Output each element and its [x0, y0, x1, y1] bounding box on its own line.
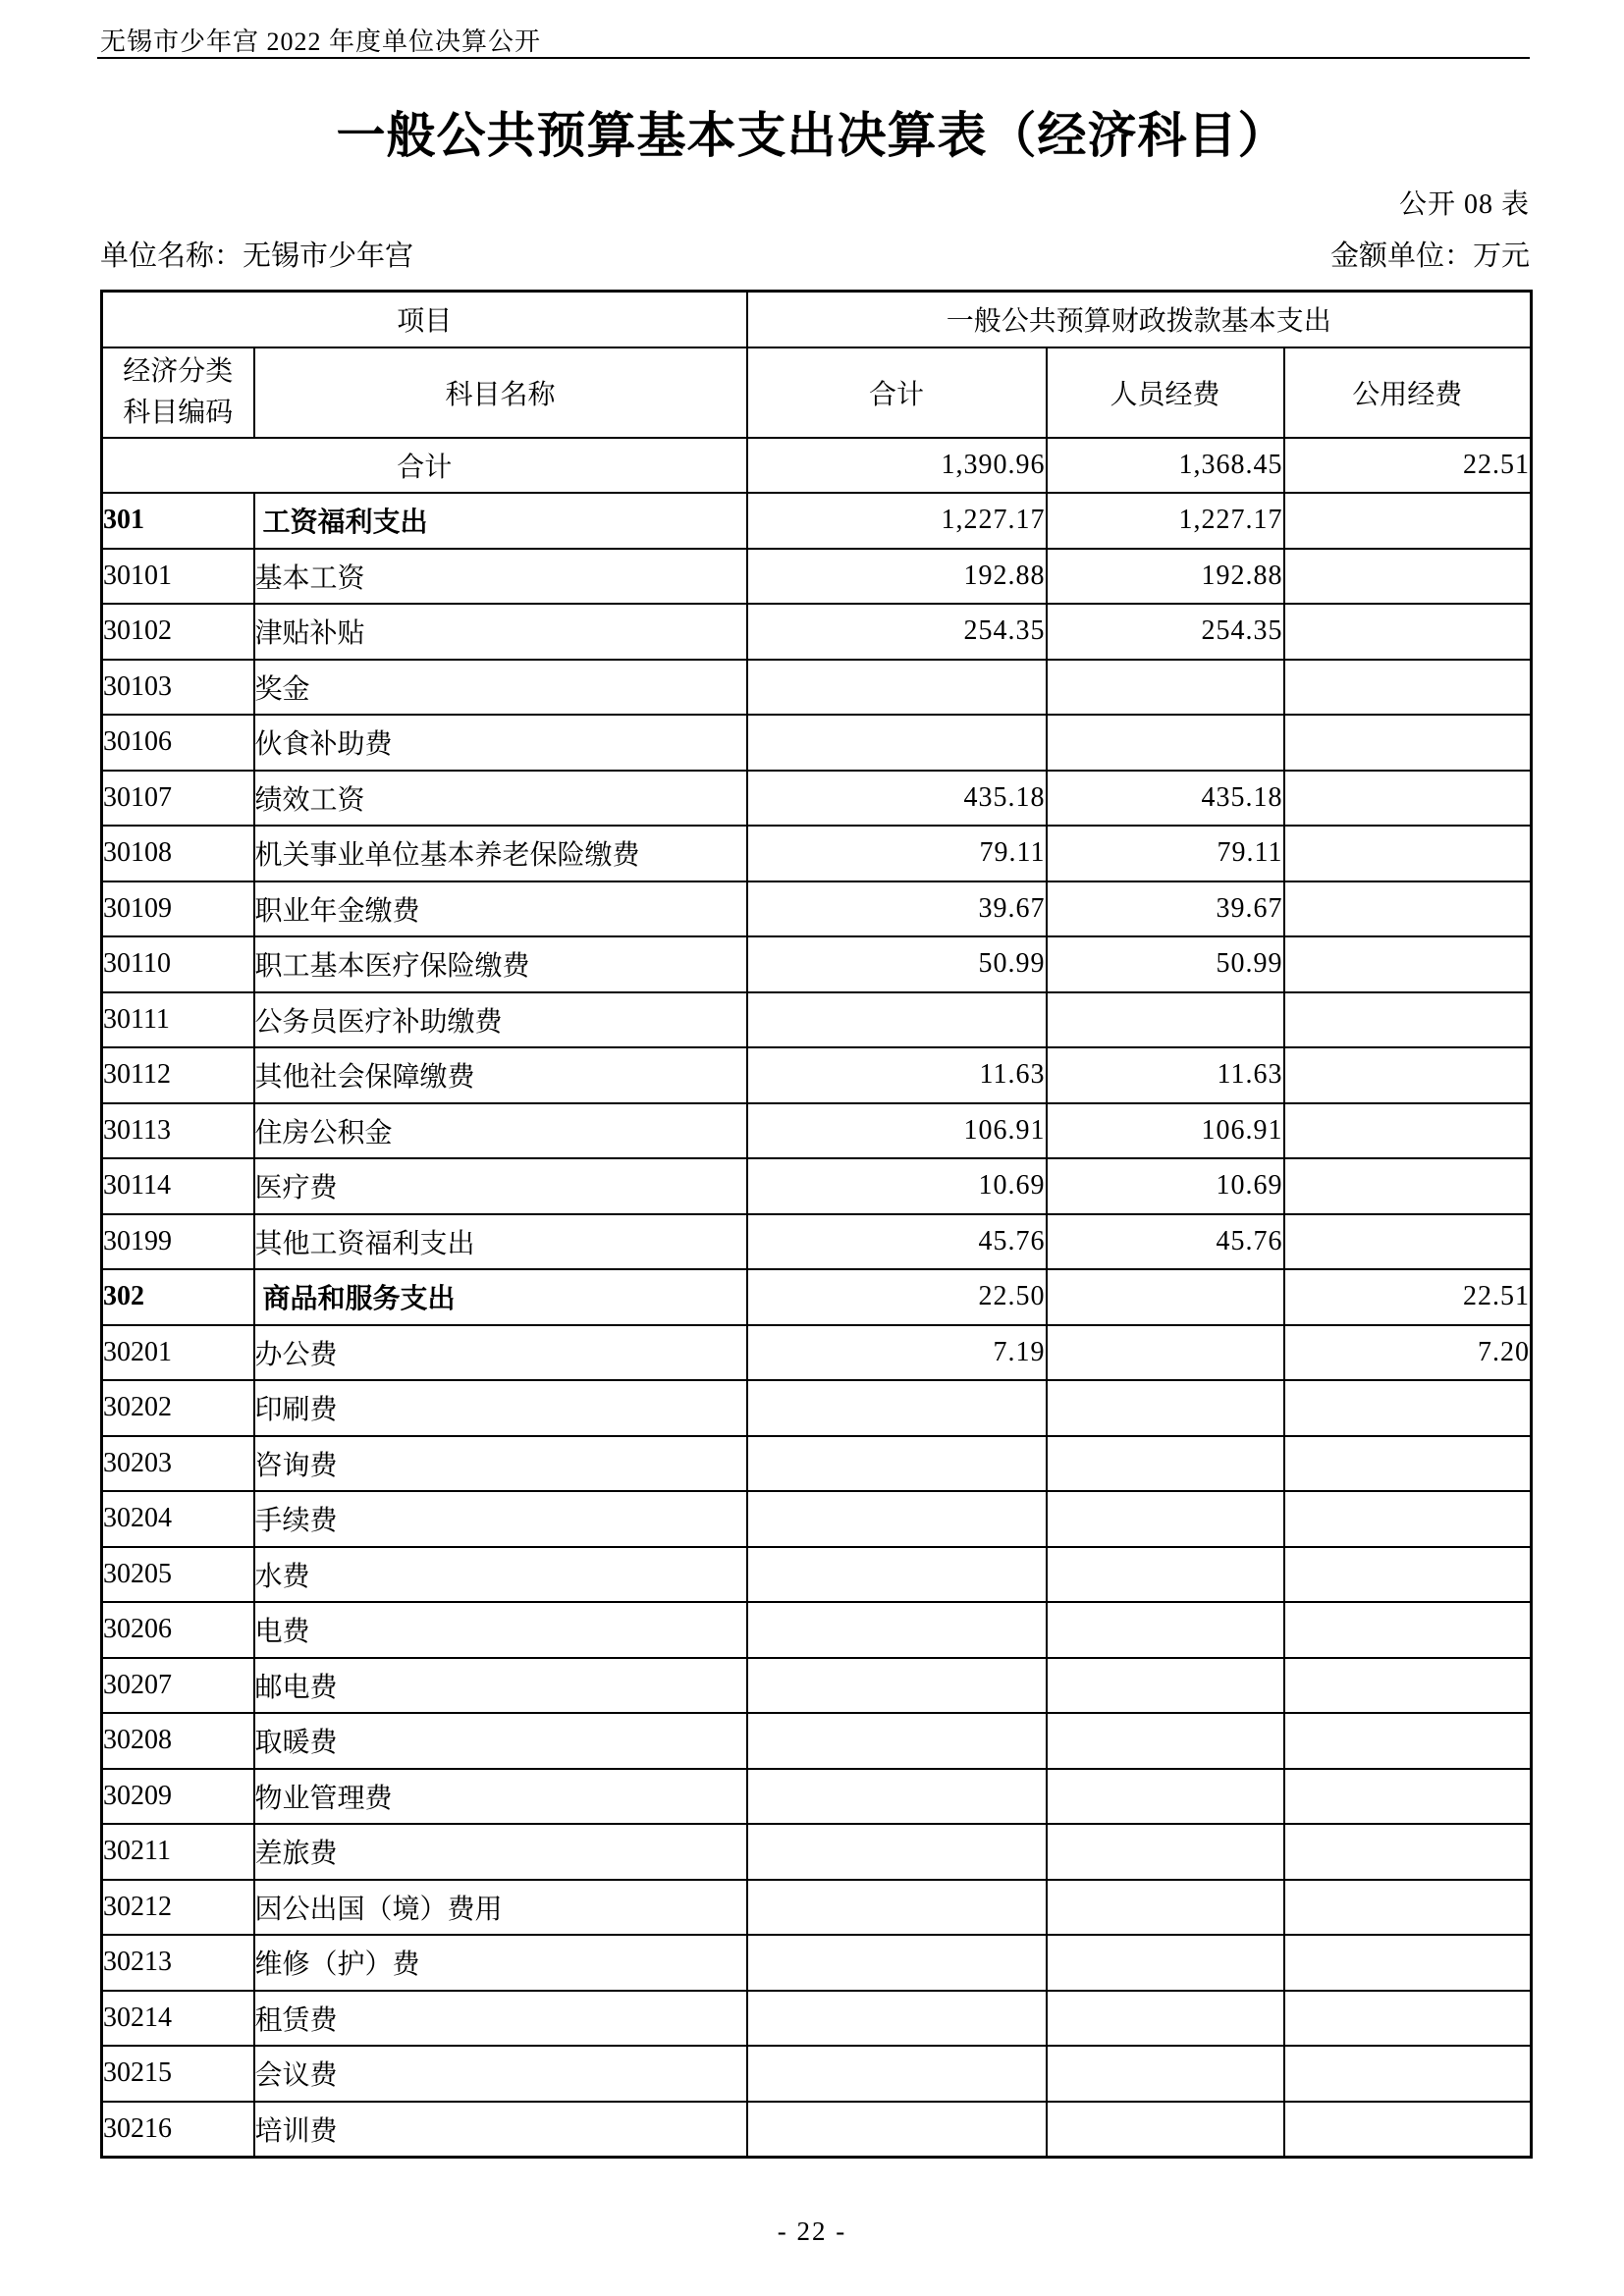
- row-total-cell: 45.76: [747, 1214, 1047, 1270]
- row-code-cell: 302: [102, 1269, 254, 1325]
- row-public-cell: [1284, 1991, 1532, 2047]
- header-total: 合计: [747, 347, 1047, 438]
- row-name-cell: 会议费: [254, 2046, 747, 2102]
- row-code-cell: 30209: [102, 1769, 254, 1825]
- row-name-cell: 职业年金缴费: [254, 881, 747, 937]
- row-public-cell: [1284, 1658, 1532, 1714]
- row-total-cell: [747, 1491, 1047, 1547]
- row-total-cell: 192.88: [747, 549, 1047, 605]
- row-total-cell: [747, 1880, 1047, 1936]
- row-total-cell: 22.50: [747, 1269, 1047, 1325]
- table-row: 30216培训费: [102, 2102, 1532, 2158]
- row-code-cell: 30112: [102, 1047, 254, 1103]
- row-total-cell: 11.63: [747, 1047, 1047, 1103]
- row-public-cell: 7.20: [1284, 1325, 1532, 1381]
- row-total-cell: 254.35: [747, 604, 1047, 660]
- row-code-cell: 30202: [102, 1380, 254, 1436]
- row-total-cell: 106.91: [747, 1103, 1047, 1159]
- row-name-cell: 住房公积金: [254, 1103, 747, 1159]
- unit-name: 单位名称：无锡市少年宫: [100, 234, 413, 274]
- row-total-cell: 1,227.17: [747, 493, 1047, 549]
- header-economic-code-line1: 经济分类: [103, 351, 253, 393]
- table-row: 30208取暖费: [102, 1713, 1532, 1769]
- row-code-cell: 30214: [102, 1991, 254, 2047]
- row-public-cell: [1284, 1935, 1532, 1991]
- row-code-cell: 30108: [102, 826, 254, 881]
- table-row: 30110职工基本医疗保险缴费50.9950.99: [102, 936, 1532, 992]
- row-name-cell: 物业管理费: [254, 1769, 747, 1825]
- row-name-cell: 取暖费: [254, 1713, 747, 1769]
- row-public-cell: [1284, 992, 1532, 1048]
- row-personnel-cell: 39.67: [1047, 881, 1284, 937]
- row-code-cell: 30208: [102, 1713, 254, 1769]
- row-name-cell: 绩效工资: [254, 771, 747, 827]
- row-public-cell: [1284, 1047, 1532, 1103]
- row-public-cell: 22.51: [1284, 438, 1532, 494]
- table-row: 30215会议费: [102, 2046, 1532, 2102]
- row-code-cell: 30102: [102, 604, 254, 660]
- row-public-cell: [1284, 1380, 1532, 1436]
- row-total-cell: [747, 1547, 1047, 1603]
- table-header-row-2: 经济分类 科目编码 科目名称 合计 人员经费 公用经费: [102, 347, 1532, 438]
- row-personnel-cell: [1047, 1436, 1284, 1492]
- row-personnel-cell: [1047, 1269, 1284, 1325]
- row-personnel-cell: [1047, 1880, 1284, 1936]
- row-total-cell: [747, 2102, 1047, 2158]
- row-personnel-cell: 192.88: [1047, 549, 1284, 605]
- row-personnel-cell: [1047, 992, 1284, 1048]
- row-public-cell: [1284, 2046, 1532, 2102]
- row-personnel-cell: [1047, 1991, 1284, 2047]
- row-name-cell: 差旅费: [254, 1824, 747, 1880]
- row-total-cell: 10.69: [747, 1158, 1047, 1214]
- header-personnel: 人员经费: [1047, 347, 1284, 438]
- row-name-cell: 商品和服务支出: [254, 1269, 747, 1325]
- row-total-cell: [747, 715, 1047, 771]
- table-header-row-1: 项目 一般公共预算财政拨款基本支出: [102, 292, 1532, 347]
- table-row: 30201办公费7.197.20: [102, 1325, 1532, 1381]
- row-personnel-cell: [1047, 2102, 1284, 2158]
- header-funding: 一般公共预算财政拨款基本支出: [747, 292, 1532, 347]
- table-row: 30214租赁费: [102, 1991, 1532, 2047]
- row-code-cell: 30215: [102, 2046, 254, 2102]
- row-code-cell: 30110: [102, 936, 254, 992]
- row-code-cell: 30106: [102, 715, 254, 771]
- table-row: 30101基本工资192.88192.88: [102, 549, 1532, 605]
- row-total-cell: [747, 660, 1047, 716]
- row-total-cell: [747, 1935, 1047, 1991]
- row-public-cell: [1284, 1158, 1532, 1214]
- row-code-cell: 30216: [102, 2102, 254, 2158]
- row-total-cell: [747, 1991, 1047, 2047]
- row-personnel-cell: [1047, 1602, 1284, 1658]
- row-name-cell: 办公费: [254, 1325, 747, 1381]
- row-code-cell: 30204: [102, 1491, 254, 1547]
- row-name-cell: 咨询费: [254, 1436, 747, 1492]
- row-code-cell: 30207: [102, 1658, 254, 1714]
- row-public-cell: [1284, 1436, 1532, 1492]
- table-row: 30213维修（护）费: [102, 1935, 1532, 1991]
- row-public-cell: [1284, 936, 1532, 992]
- row-name-cell: 基本工资: [254, 549, 747, 605]
- table-row: 30199其他工资福利支出45.7645.76: [102, 1214, 1532, 1270]
- header-economic-code-line2: 科目编码: [103, 393, 253, 434]
- row-name-cell: 其他社会保障缴费: [254, 1047, 747, 1103]
- budget-table: 项目 一般公共预算财政拨款基本支出 经济分类 科目编码 科目名称 合计 人员经费…: [100, 290, 1533, 2159]
- row-public-cell: [1284, 1602, 1532, 1658]
- table-row: 30204手续费: [102, 1491, 1532, 1547]
- row-total-cell: [747, 992, 1047, 1048]
- row-code-cell: 30109: [102, 881, 254, 937]
- table-row: 30207邮电费: [102, 1658, 1532, 1714]
- row-name-cell: 邮电费: [254, 1658, 747, 1714]
- table-row: 30206电费: [102, 1602, 1532, 1658]
- unit-name-label: 单位名称：: [100, 240, 243, 272]
- row-personnel-cell: [1047, 660, 1284, 716]
- row-public-cell: [1284, 1880, 1532, 1936]
- table-body: 合计1,390.961,368.4522.51301工资福利支出1,227.17…: [102, 438, 1532, 2158]
- table-row: 30109职业年金缴费39.6739.67: [102, 881, 1532, 937]
- row-name-cell: 电费: [254, 1602, 747, 1658]
- row-public-cell: [1284, 1214, 1532, 1270]
- row-personnel-cell: [1047, 1547, 1284, 1603]
- row-name-cell: 培训费: [254, 2102, 747, 2158]
- row-name-cell: 手续费: [254, 1491, 747, 1547]
- row-public-cell: [1284, 715, 1532, 771]
- row-name-cell: 津贴补贴: [254, 604, 747, 660]
- row-total-cell: [747, 1769, 1047, 1825]
- row-code-cell: 30212: [102, 1880, 254, 1936]
- row-name-cell: 因公出国（境）费用: [254, 1880, 747, 1936]
- row-public-cell: [1284, 1547, 1532, 1603]
- row-public-cell: [1284, 604, 1532, 660]
- row-name-cell: 租赁费: [254, 1991, 747, 2047]
- row-name-cell: 伙食补助费: [254, 715, 747, 771]
- table-row: 30212因公出国（境）费用: [102, 1880, 1532, 1936]
- row-name-cell: 机关事业单位基本养老保险缴费: [254, 826, 747, 881]
- row-personnel-cell: 435.18: [1047, 771, 1284, 827]
- header-public: 公用经费: [1284, 347, 1532, 438]
- row-personnel-cell: 1,227.17: [1047, 493, 1284, 549]
- row-code-cell: 30113: [102, 1103, 254, 1159]
- row-personnel-cell: 106.91: [1047, 1103, 1284, 1159]
- row-code-cell: 30111: [102, 992, 254, 1048]
- row-total-cell: 79.11: [747, 826, 1047, 881]
- page-number: - 22 -: [0, 2216, 1624, 2247]
- row-code-cell: 301: [102, 493, 254, 549]
- row-code-cell: 30211: [102, 1824, 254, 1880]
- row-name-cell: 工资福利支出: [254, 493, 747, 549]
- row-personnel-cell: [1047, 1491, 1284, 1547]
- document-header: 无锡市少年宫 2022 年度单位决算公开: [100, 22, 541, 58]
- table-row: 30107绩效工资435.18435.18: [102, 771, 1532, 827]
- row-public-cell: 22.51: [1284, 1269, 1532, 1325]
- row-code-cell: 30201: [102, 1325, 254, 1381]
- row-personnel-cell: 254.35: [1047, 604, 1284, 660]
- table-row: 302商品和服务支出22.5022.51: [102, 1269, 1532, 1325]
- row-public-cell: [1284, 1491, 1532, 1547]
- row-personnel-cell: [1047, 715, 1284, 771]
- amount-unit-value: 万元: [1473, 240, 1530, 272]
- row-name-cell: 维修（护）费: [254, 1935, 747, 1991]
- table-meta-row: 单位名称：无锡市少年宫 金额单位：万元: [100, 234, 1530, 274]
- row-personnel-cell: 11.63: [1047, 1047, 1284, 1103]
- row-name-cell: 奖金: [254, 660, 747, 716]
- row-personnel-cell: 50.99: [1047, 936, 1284, 992]
- table-row: 30113住房公积金106.91106.91: [102, 1103, 1532, 1159]
- row-public-cell: [1284, 493, 1532, 549]
- row-total-cell: 7.19: [747, 1325, 1047, 1381]
- header-economic-code: 经济分类 科目编码: [102, 347, 254, 438]
- row-code-cell: 30213: [102, 1935, 254, 1991]
- row-total-cell: 1,390.96: [747, 438, 1047, 494]
- row-name-cell: 公务员医疗补助缴费: [254, 992, 747, 1048]
- header-subject-name: 科目名称: [254, 347, 747, 438]
- row-code-cell: 30206: [102, 1602, 254, 1658]
- table-row: 30202印刷费: [102, 1380, 1532, 1436]
- row-public-cell: [1284, 1769, 1532, 1825]
- row-public-cell: [1284, 660, 1532, 716]
- row-total-cell: [747, 1436, 1047, 1492]
- row-public-cell: [1284, 881, 1532, 937]
- amount-unit-label: 金额单位：: [1330, 240, 1473, 272]
- row-personnel-cell: [1047, 1713, 1284, 1769]
- row-total-cell: 435.18: [747, 771, 1047, 827]
- unit-name-value: 无锡市少年宫: [243, 240, 413, 272]
- header-project: 项目: [102, 292, 747, 347]
- row-total-cell: [747, 2046, 1047, 2102]
- row-public-cell: [1284, 1713, 1532, 1769]
- row-code-cell: 30205: [102, 1547, 254, 1603]
- row-personnel-cell: [1047, 1658, 1284, 1714]
- table-row: 30103奖金: [102, 660, 1532, 716]
- table-row: 30106伙食补助费: [102, 715, 1532, 771]
- page-title: 一般公共预算基本支出决算表（经济科目）: [0, 96, 1624, 167]
- table-header: 项目 一般公共预算财政拨款基本支出 经济分类 科目编码 科目名称 合计 人员经费…: [102, 292, 1532, 438]
- row-name-cell: 水费: [254, 1547, 747, 1603]
- table-row: 30209物业管理费: [102, 1769, 1532, 1825]
- row-name-cell: 职工基本医疗保险缴费: [254, 936, 747, 992]
- table-row: 30111公务员医疗补助缴费: [102, 992, 1532, 1048]
- row-total-cell: 50.99: [747, 936, 1047, 992]
- row-code-cell: 30114: [102, 1158, 254, 1214]
- row-personnel-cell: 1,368.45: [1047, 438, 1284, 494]
- row-public-cell: [1284, 1824, 1532, 1880]
- row-total-cell: [747, 1602, 1047, 1658]
- row-public-cell: [1284, 549, 1532, 605]
- table-code-label: 公开 08 表: [1399, 183, 1530, 222]
- header-divider-line: [97, 57, 1530, 59]
- table-row: 30112其他社会保障缴费11.6311.63: [102, 1047, 1532, 1103]
- row-public-cell: [1284, 771, 1532, 827]
- table-row: 30108机关事业单位基本养老保险缴费79.1179.11: [102, 826, 1532, 881]
- row-name-cell: 印刷费: [254, 1380, 747, 1436]
- row-total-cell: [747, 1380, 1047, 1436]
- row-personnel-cell: [1047, 1380, 1284, 1436]
- row-code-cell: 30103: [102, 660, 254, 716]
- row-personnel-cell: [1047, 1935, 1284, 1991]
- row-personnel-cell: 79.11: [1047, 826, 1284, 881]
- row-total-cell: [747, 1824, 1047, 1880]
- row-name-cell: 合计: [102, 438, 747, 494]
- row-personnel-cell: [1047, 1325, 1284, 1381]
- row-code-cell: 30203: [102, 1436, 254, 1492]
- row-code-cell: 30101: [102, 549, 254, 605]
- table-row: 30205水费: [102, 1547, 1532, 1603]
- row-personnel-cell: [1047, 1824, 1284, 1880]
- table-row: 合计1,390.961,368.4522.51: [102, 438, 1532, 494]
- row-name-cell: 其他工资福利支出: [254, 1214, 747, 1270]
- amount-unit: 金额单位：万元: [1330, 234, 1530, 274]
- row-public-cell: [1284, 1103, 1532, 1159]
- row-personnel-cell: 45.76: [1047, 1214, 1284, 1270]
- row-code-cell: 30107: [102, 771, 254, 827]
- row-total-cell: [747, 1658, 1047, 1714]
- row-code-cell: 30199: [102, 1214, 254, 1270]
- row-total-cell: 39.67: [747, 881, 1047, 937]
- row-public-cell: [1284, 2102, 1532, 2158]
- table-row: 30203咨询费: [102, 1436, 1532, 1492]
- table-row: 301工资福利支出1,227.171,227.17: [102, 493, 1532, 549]
- row-public-cell: [1284, 826, 1532, 881]
- table-row: 30211差旅费: [102, 1824, 1532, 1880]
- table-row: 30114医疗费10.6910.69: [102, 1158, 1532, 1214]
- row-personnel-cell: [1047, 1769, 1284, 1825]
- row-total-cell: [747, 1713, 1047, 1769]
- table-row: 30102津贴补贴254.35254.35: [102, 604, 1532, 660]
- row-personnel-cell: 10.69: [1047, 1158, 1284, 1214]
- row-name-cell: 医疗费: [254, 1158, 747, 1214]
- row-personnel-cell: [1047, 2046, 1284, 2102]
